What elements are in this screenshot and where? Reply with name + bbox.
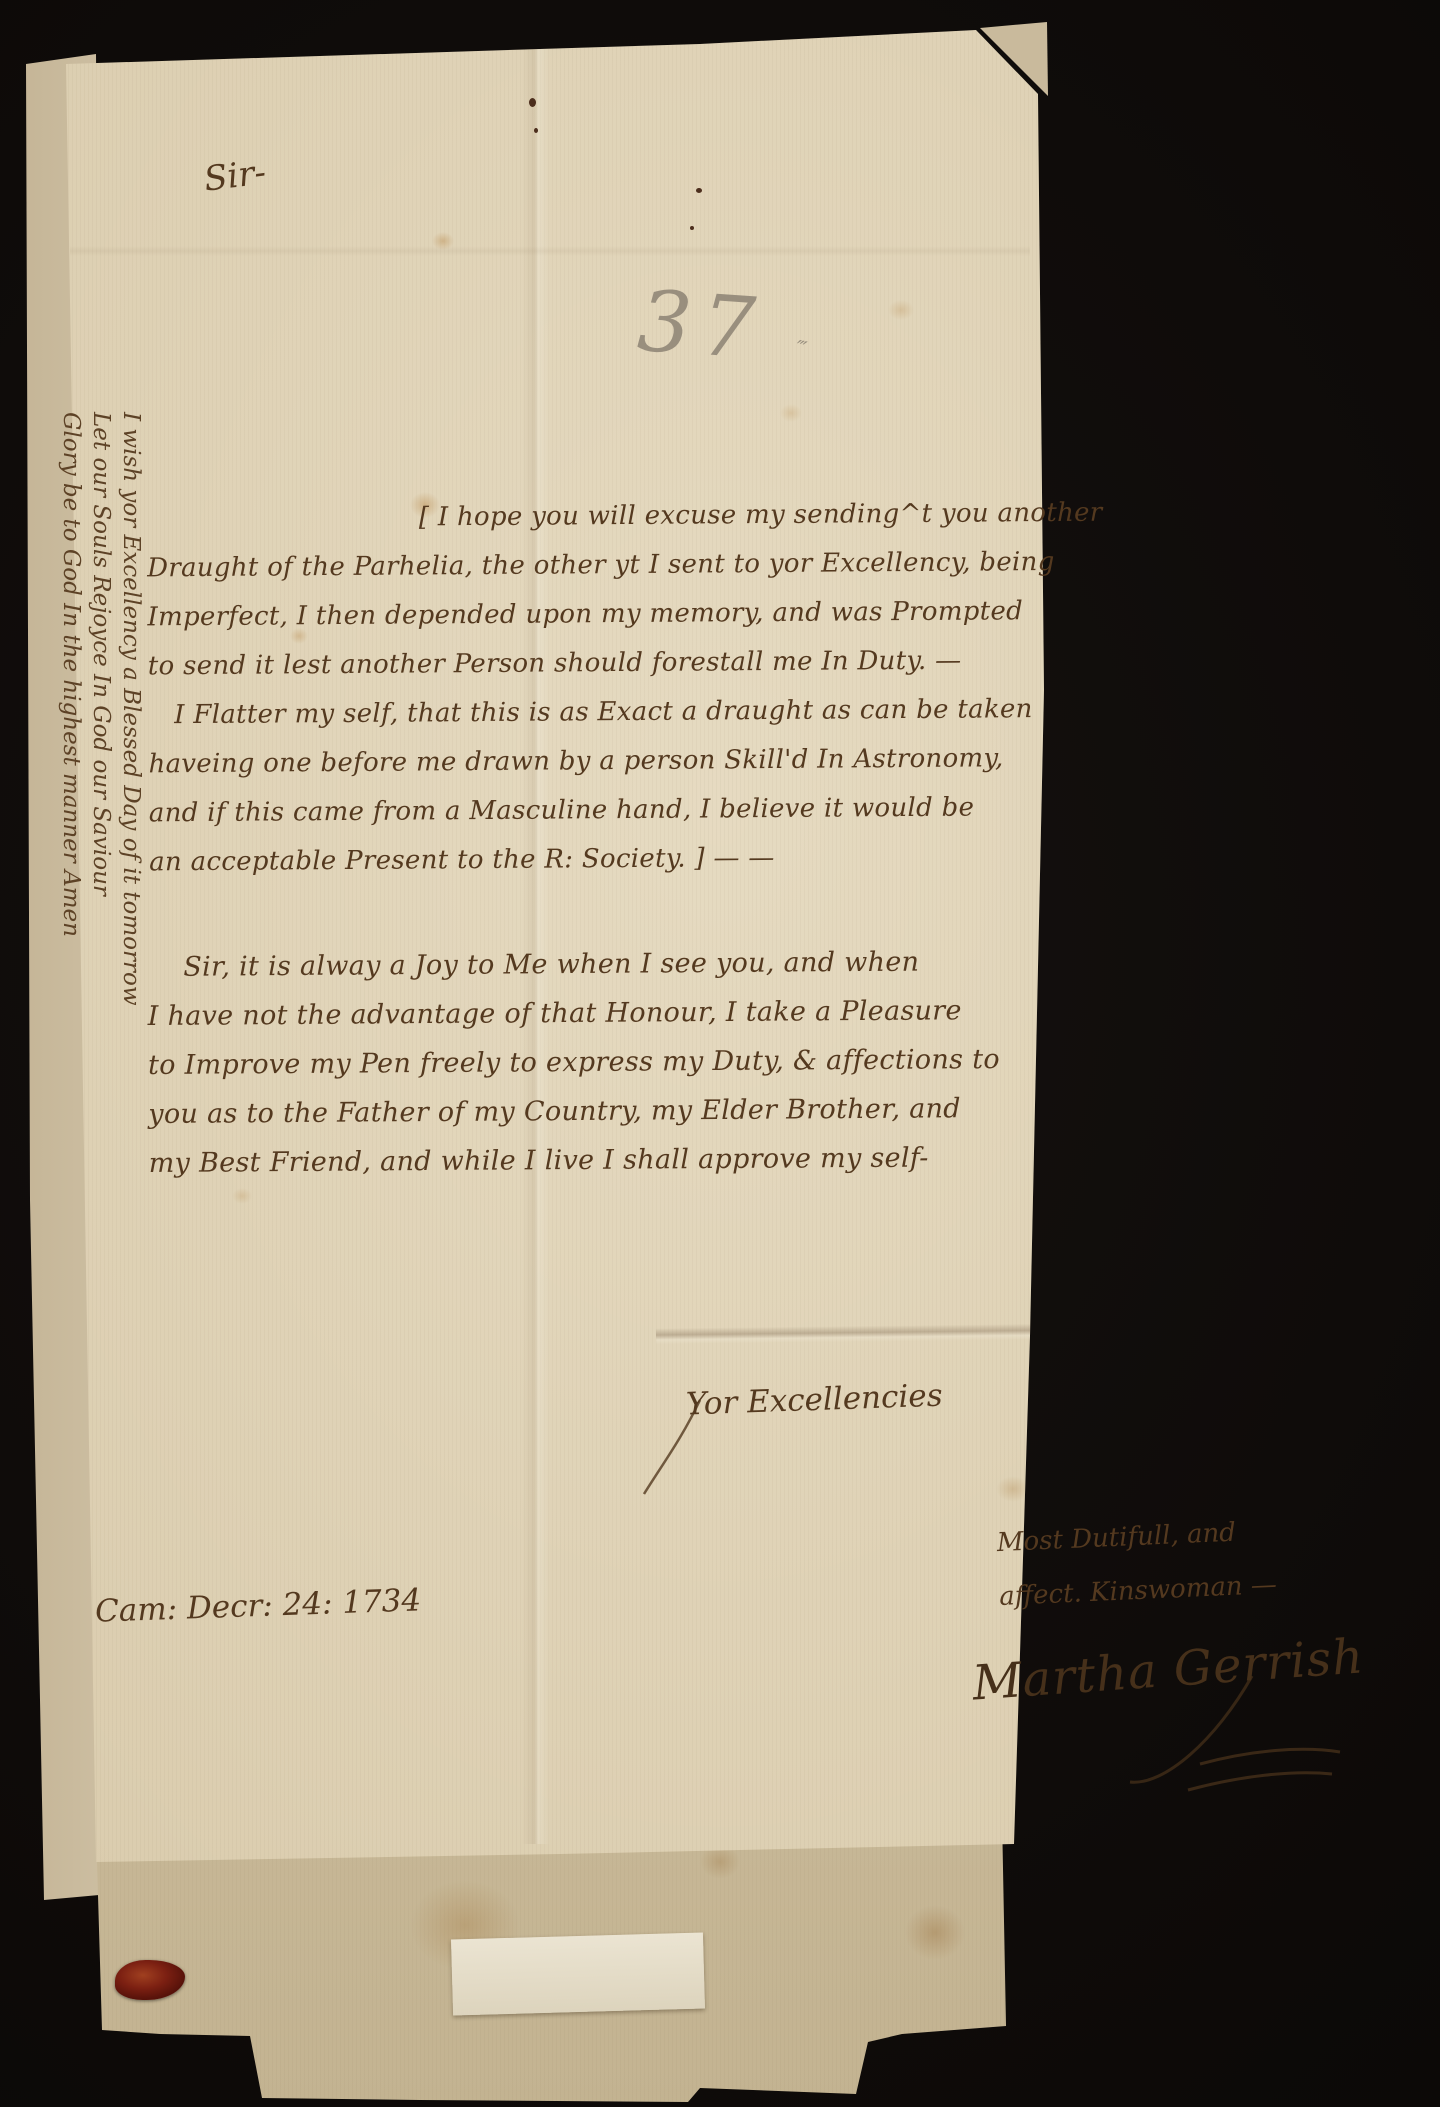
- scanned-letter-page: Sir- 37 ‴ [ I hope you will excuse my se…: [0, 0, 1440, 2107]
- ink-flourish-strokes: [0, 0, 1440, 2107]
